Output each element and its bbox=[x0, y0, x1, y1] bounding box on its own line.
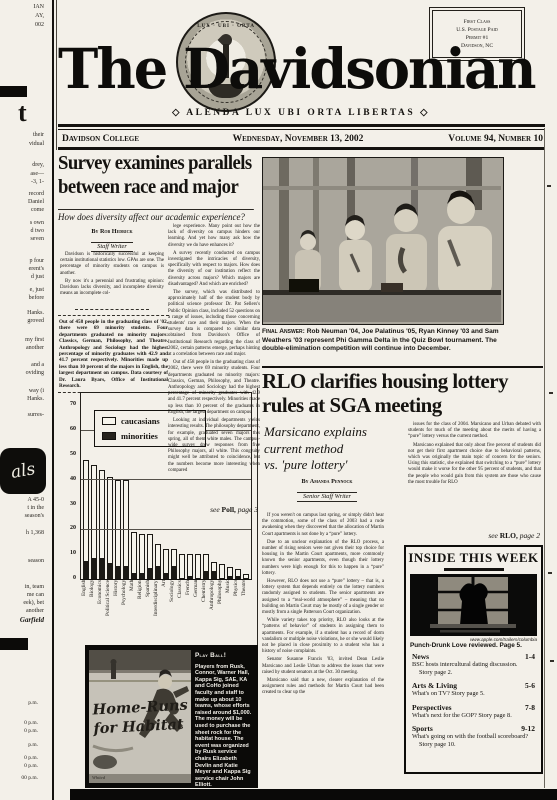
y-axis-tick: 60 bbox=[70, 426, 76, 432]
edge-mark bbox=[548, 572, 552, 574]
page-fold-line-thin bbox=[56, 0, 57, 150]
category-label: Economics bbox=[97, 580, 105, 652]
bar-segment-caucasians bbox=[179, 554, 185, 579]
page-fold-line bbox=[52, 0, 54, 800]
legend-swatch-dark bbox=[102, 432, 116, 440]
category-label: Math bbox=[129, 580, 137, 652]
chart-gridline bbox=[81, 529, 251, 530]
edge-text-fragment: e, just bbox=[30, 287, 44, 294]
jump-post: page 2 bbox=[518, 531, 540, 540]
inside-section-arts: Arts & Living5-6 What's on TV? Story pag… bbox=[412, 681, 535, 698]
postal-line: U.S. Postage Paid bbox=[433, 26, 521, 34]
jump-ref-poll: see Poll, page 3 bbox=[168, 505, 258, 514]
edge-text-fragment: groved bbox=[27, 318, 44, 325]
adjacent-page-edge: t als Garfield IANAY,002theirvidualdrey,… bbox=[0, 0, 50, 800]
body-paragraph: By now it's a perennial and frustrating … bbox=[60, 279, 164, 298]
survey-headline-line2: between race and major bbox=[58, 176, 260, 200]
inside-section-perspectives: Perspectives7-8 What's next for the GOP?… bbox=[412, 703, 535, 720]
edge-text-fragment: p.m. bbox=[28, 742, 38, 749]
bar-segment-caucasians bbox=[203, 554, 209, 571]
bar-segment-minorities bbox=[99, 559, 105, 579]
bar-segment-minorities bbox=[131, 574, 137, 579]
body-paragraph: The survey, which was distributed to app… bbox=[168, 290, 260, 358]
byline-author: By Amanda Pennock bbox=[264, 478, 390, 485]
edge-text-fragment: and a bbox=[31, 362, 44, 369]
inside-title: INSIDE THIS WEEK bbox=[406, 547, 541, 566]
jump-pre: see bbox=[488, 531, 499, 540]
body-paragraph: Davidson is historically successful at k… bbox=[60, 252, 164, 277]
body-paragraph: However, RLO does not use a “pure” lotte… bbox=[262, 579, 384, 616]
section-blurb: What's going on with the football scoreb… bbox=[412, 733, 535, 741]
inside-section-sports: Sports9-12 What's going on with the foot… bbox=[412, 724, 535, 748]
rlo-top-rule bbox=[262, 366, 543, 368]
edge-text-fragment: 0 p.m. bbox=[24, 720, 38, 727]
y-axis-tick: 10 bbox=[70, 550, 76, 556]
section-pages: 9-12 bbox=[521, 724, 535, 733]
category-label: History bbox=[113, 580, 121, 652]
bar-segment-caucasians bbox=[171, 549, 177, 566]
bar-segment-caucasians bbox=[219, 564, 225, 579]
body-paragraph: Looking at individual departments yields… bbox=[168, 418, 260, 474]
edge-text-fragment: in, team bbox=[25, 584, 44, 591]
quiz-bowl-photo-art bbox=[263, 158, 501, 322]
body-paragraph: Marsicano explained that only about five… bbox=[408, 443, 541, 486]
edge-text-fragment: p four bbox=[30, 258, 45, 265]
body-paragraph: While variety takes top priority, RLO al… bbox=[262, 618, 384, 655]
body-paragraph: Due to an unclear explanation of the RLO… bbox=[262, 540, 384, 577]
section-blurb: What's next for the GOP? Story page 8. bbox=[412, 712, 535, 720]
bar-segment-minorities bbox=[203, 572, 209, 579]
jump-bold: RLO, bbox=[500, 531, 518, 540]
bar-segment-caucasians bbox=[227, 567, 233, 577]
section-blurb: BSC hosts intercultural dating discussio… bbox=[412, 661, 535, 669]
edge-text-fragment: -3, 1- bbox=[31, 179, 44, 186]
bar-segment-caucasians bbox=[187, 554, 193, 576]
body-paragraph: A survey recently conducted on campus in… bbox=[168, 251, 260, 288]
body-paragraph: If you weren't on campus last spring, or… bbox=[262, 513, 384, 538]
survey-headline: Survey examines parallels between race a… bbox=[58, 152, 260, 199]
bar-segment-caucasians bbox=[83, 460, 89, 562]
edge-text-fragment: 002 bbox=[35, 22, 44, 29]
bar-segment-minorities bbox=[107, 564, 113, 579]
edge-text-fragment: come bbox=[31, 207, 44, 214]
category-label: English bbox=[81, 580, 89, 652]
edge-text-fragment: 00 p.m. bbox=[21, 775, 38, 782]
rlo-headline-line2: rules at SGA meeting bbox=[262, 394, 538, 418]
edge-text-fragment: me can bbox=[27, 592, 44, 599]
category-label: German bbox=[193, 580, 201, 652]
category-label: Spanish bbox=[145, 580, 153, 652]
category-label: Psychology bbox=[121, 580, 129, 652]
inside-section-news: News1-4 BSC hosts intercultural dating d… bbox=[412, 652, 535, 676]
rlo-headline-line1: RLO clarifies housing lottery bbox=[262, 370, 538, 394]
habitat-caption: Play Ball! Players from Rusk, Connor, Wa… bbox=[195, 653, 254, 789]
survey-headline-line1: Survey examines parallels bbox=[58, 152, 260, 176]
edge-text-fragment: s own bbox=[30, 220, 44, 227]
edge-text-fragment: eek), bet bbox=[23, 600, 44, 607]
y-axis-tick: 70 bbox=[70, 401, 76, 407]
body-paragraph: Out of 458 people in the graduating clas… bbox=[168, 360, 260, 416]
edge-garfield-fragment: Garfield bbox=[20, 616, 44, 624]
edge-divider-bar bbox=[0, 638, 28, 650]
bar-segment-caucasians bbox=[99, 470, 105, 559]
body-paragraph: lege experience. Many point out how the … bbox=[168, 224, 260, 249]
dateline-college: Davidson College bbox=[62, 134, 139, 144]
masthead-motto: ◇ ALENDA LUX UBI ORTA LIBERTAS ◇ bbox=[58, 107, 544, 118]
bar-segment-caucasians bbox=[131, 532, 137, 574]
category-label: Art bbox=[161, 580, 169, 652]
bar-segment-minorities bbox=[227, 577, 233, 579]
survey-deck: How does diversity affect our academic e… bbox=[58, 209, 254, 223]
quiz-bowl-photo bbox=[262, 157, 504, 325]
edge-text-fragment: 0 p.m. bbox=[24, 763, 38, 770]
bar-segment-caucasians bbox=[115, 480, 121, 567]
edge-mark bbox=[549, 392, 553, 394]
jump-pre: see bbox=[210, 505, 221, 514]
edge-text-fragment: Daniel bbox=[28, 199, 44, 206]
survey-column-2: lege experience. Many point out how the … bbox=[168, 224, 260, 476]
inside-this-week-box: INSIDE THIS WEEK www.apple.com/trailers/… bbox=[404, 545, 543, 774]
edge-text-fragment: 0 p.m. bbox=[24, 755, 38, 762]
bar-segment-caucasians bbox=[235, 569, 241, 576]
byline-author: By Rob Hedrick bbox=[60, 228, 164, 235]
habitat-photo: Home-Runs for Habitat Whited bbox=[89, 650, 191, 783]
rlo-column-1: If you weren't on campus last spring, or… bbox=[262, 513, 384, 699]
category-label: Physics bbox=[233, 580, 241, 652]
edge-text-fragment: season's bbox=[25, 513, 44, 520]
seal-motto-text: · LUX · UBI · ORTA · bbox=[178, 24, 274, 29]
bar-segment-caucasians bbox=[123, 480, 129, 567]
edge-text-fragment: another bbox=[26, 608, 44, 615]
category-label: Interdisciplinary bbox=[153, 580, 161, 652]
category-label: Chemistry bbox=[201, 580, 209, 652]
bar-segment-minorities bbox=[123, 567, 129, 579]
category-label: Religion bbox=[137, 580, 145, 652]
bar-segment-minorities bbox=[187, 577, 193, 579]
habitat-softball-block: Home-Runs for Habitat Whited Play Ball! … bbox=[85, 645, 258, 788]
rlo-deck-line: Marsicano explains bbox=[264, 424, 396, 441]
edge-ink-bar bbox=[0, 86, 27, 97]
chart-cat-labels: EnglishBiologyEconomicsPolitical Science… bbox=[80, 580, 250, 652]
survey-column-1: Davidson is historically successful at k… bbox=[60, 252, 164, 299]
byline-title: Senior Staff Writer bbox=[297, 492, 357, 502]
edge-text-fragment: d two bbox=[31, 228, 45, 235]
byline-title: Staff Writer bbox=[91, 242, 133, 252]
category-label: Anthropology bbox=[209, 580, 217, 652]
edge-text-fragment: way (i bbox=[29, 388, 44, 395]
body-paragraph: issues for the class of 2004. Marsicano … bbox=[408, 422, 541, 441]
edge-text-fragment: seven bbox=[30, 236, 44, 243]
edge-text-fragment: A 45-0 bbox=[28, 497, 45, 504]
y-axis-tick: 30 bbox=[70, 501, 76, 507]
survey-fact-box: Out of 458 people in the graduating clas… bbox=[58, 315, 169, 393]
edge-text-fragment: ase— bbox=[30, 171, 44, 178]
edge-text-fragment: surres- bbox=[28, 412, 44, 419]
inside-movie-photo bbox=[410, 574, 537, 636]
habitat-photo-headline: Home-Runs for Habitat bbox=[92, 696, 190, 739]
bar-segment-caucasians bbox=[139, 534, 145, 574]
section-name: Perspectives bbox=[412, 703, 452, 712]
section-dash-rule bbox=[75, 309, 149, 310]
bar-segment-caucasians bbox=[163, 549, 169, 574]
category-label: Theatre bbox=[241, 580, 249, 652]
edge-text-fragment: vidual bbox=[29, 141, 44, 148]
edge-text-fragment: record bbox=[29, 191, 44, 198]
bar-segment-caucasians bbox=[147, 534, 153, 569]
bar-segment-minorities bbox=[163, 574, 169, 579]
dateline-bottom-rule bbox=[58, 147, 545, 150]
legend-swatch-white bbox=[102, 417, 116, 425]
y-axis-tick: 0 bbox=[73, 575, 76, 581]
inside-photo-caption: Punch-Drunk Love reviewed. Page 5. bbox=[410, 642, 537, 649]
bar-segment-caucasians bbox=[155, 544, 161, 566]
movie-still-art bbox=[410, 574, 537, 636]
newspaper-title: The Davidsonian bbox=[58, 38, 537, 100]
y-axis-tick: 20 bbox=[70, 525, 76, 531]
edge-text-fragment: drey, bbox=[32, 162, 44, 169]
category-label: Sociology bbox=[169, 580, 177, 652]
bar-segment-minorities bbox=[171, 567, 177, 579]
rlo-column-2: issues for the class of 2004. Marsicano … bbox=[408, 422, 541, 488]
edge-text-fragment: 0 p.m. bbox=[24, 728, 38, 735]
chart-y-axis: 010203040506070 bbox=[62, 392, 78, 578]
bar-segment-minorities bbox=[211, 572, 217, 579]
masthead-rule bbox=[58, 124, 545, 127]
edge-letter-fragment: t bbox=[18, 98, 27, 128]
edge-text-fragment: t in the bbox=[27, 505, 44, 512]
habitat-caption-text: Players from Rusk, Connor, Warner Hall, … bbox=[195, 664, 251, 789]
edge-mark bbox=[547, 185, 551, 187]
edge-text-fragment: h 1,368 bbox=[26, 530, 44, 537]
rlo-deck: Marsicano explains current method vs. 'p… bbox=[264, 424, 396, 474]
edge-text-fragment: before bbox=[29, 295, 44, 302]
edge-text-fragment: Hanks. bbox=[27, 310, 44, 317]
edge-text-fragment: season bbox=[28, 558, 44, 565]
edge-text-fragment: IAN bbox=[33, 4, 44, 11]
jump-ref-rlo: see RLO, page 2 bbox=[448, 531, 540, 540]
y-axis-tick: 40 bbox=[70, 476, 76, 482]
legend-label: minorities bbox=[121, 431, 158, 441]
edge-text-fragment: oviding bbox=[26, 370, 44, 377]
inside-title-bar bbox=[444, 568, 504, 571]
rlo-headline: RLO clarifies housing lottery rules at S… bbox=[262, 370, 538, 417]
rlo-deck-line: vs. 'pure lottery' bbox=[264, 457, 396, 474]
category-label: French bbox=[185, 580, 193, 652]
jump-post: page 3 bbox=[236, 505, 258, 514]
category-label: Political Science bbox=[105, 580, 113, 652]
edge-text-fragment: AY, bbox=[35, 13, 44, 20]
dateline-date: Wednesday, November 13, 2002 bbox=[178, 134, 418, 144]
section-pages: 1-4 bbox=[525, 652, 535, 661]
quiz-photo-caption: Final Answer: Rob Neuman '04, Joe Palati… bbox=[262, 328, 503, 354]
category-label: Classics bbox=[177, 580, 185, 652]
body-paragraph: Marsicano said that a new, clearer expla… bbox=[262, 678, 384, 697]
section-pages: 7-8 bbox=[525, 703, 535, 712]
bar-segment-minorities bbox=[235, 577, 241, 579]
section-name: News bbox=[412, 652, 429, 661]
edge-mark bbox=[550, 660, 554, 662]
rlo-byline: By Amanda Pennock Senior Staff Writer bbox=[264, 478, 390, 503]
edge-logo-blob: als bbox=[0, 448, 46, 494]
bar-segment-minorities bbox=[115, 567, 121, 579]
category-label: Biology bbox=[89, 580, 97, 652]
habitat-photo-credit: Whited bbox=[92, 775, 105, 780]
bar-segment-minorities bbox=[83, 562, 89, 579]
jump-bold: Poll, bbox=[222, 505, 236, 514]
edge-text-fragment: my first bbox=[25, 337, 44, 344]
survey-byline: By Rob Hedrick Staff Writer bbox=[60, 228, 164, 253]
section-blurb2: Story page 2. bbox=[412, 669, 535, 677]
bar-segment-caucasians bbox=[243, 574, 249, 579]
edge-text-fragment: erent's bbox=[29, 266, 44, 273]
rlo-deck-line: current method bbox=[264, 441, 396, 458]
bar-segment-minorities bbox=[155, 567, 161, 579]
edge-text-fragment: another bbox=[26, 345, 44, 352]
bar-segment-minorities bbox=[147, 569, 153, 579]
bar-segment-minorities bbox=[139, 574, 145, 579]
chart-gridline bbox=[81, 479, 251, 480]
section-name: Sports bbox=[412, 724, 433, 733]
edge-text-fragment: their bbox=[33, 132, 44, 139]
bar-segment-caucasians bbox=[107, 477, 113, 564]
section-blurb2: Story page 10. bbox=[412, 741, 535, 749]
dateline-bar: Davidson College Wednesday, November 13,… bbox=[58, 133, 545, 148]
habitat-caption-lead: Play Ball! bbox=[195, 653, 254, 660]
bar-english bbox=[82, 393, 90, 579]
category-label: Music bbox=[225, 580, 233, 652]
y-axis-tick: 50 bbox=[70, 451, 76, 457]
postal-line: First Class bbox=[433, 18, 521, 26]
legend-label: caucasians bbox=[121, 416, 160, 426]
body-paragraph: Senator Susanne Francis '03, invited Dea… bbox=[262, 657, 384, 676]
dateline-volume: Volume 94, Number 10 bbox=[448, 134, 543, 144]
bar-segment-caucasians bbox=[195, 554, 201, 579]
edge-logo-script: als bbox=[9, 459, 36, 483]
bar-segment-caucasians bbox=[211, 562, 217, 572]
bar-segment-minorities bbox=[91, 559, 97, 579]
section-name: Arts & Living bbox=[412, 681, 457, 690]
page-right-edge bbox=[544, 128, 545, 788]
section-pages: 5-6 bbox=[525, 681, 535, 690]
section-blurb: What's on TV? Story page 5. bbox=[412, 690, 535, 698]
category-label: Philosophy bbox=[217, 580, 225, 652]
edge-text-fragment: d just bbox=[31, 274, 44, 281]
caption-lead: Final Answer: bbox=[262, 328, 305, 335]
bottom-scan-bar bbox=[70, 789, 557, 800]
edge-text-fragment: Hanks. bbox=[27, 396, 44, 403]
masthead-rule-thin bbox=[58, 129, 545, 130]
edge-text-fragment: p.m. bbox=[28, 700, 38, 707]
